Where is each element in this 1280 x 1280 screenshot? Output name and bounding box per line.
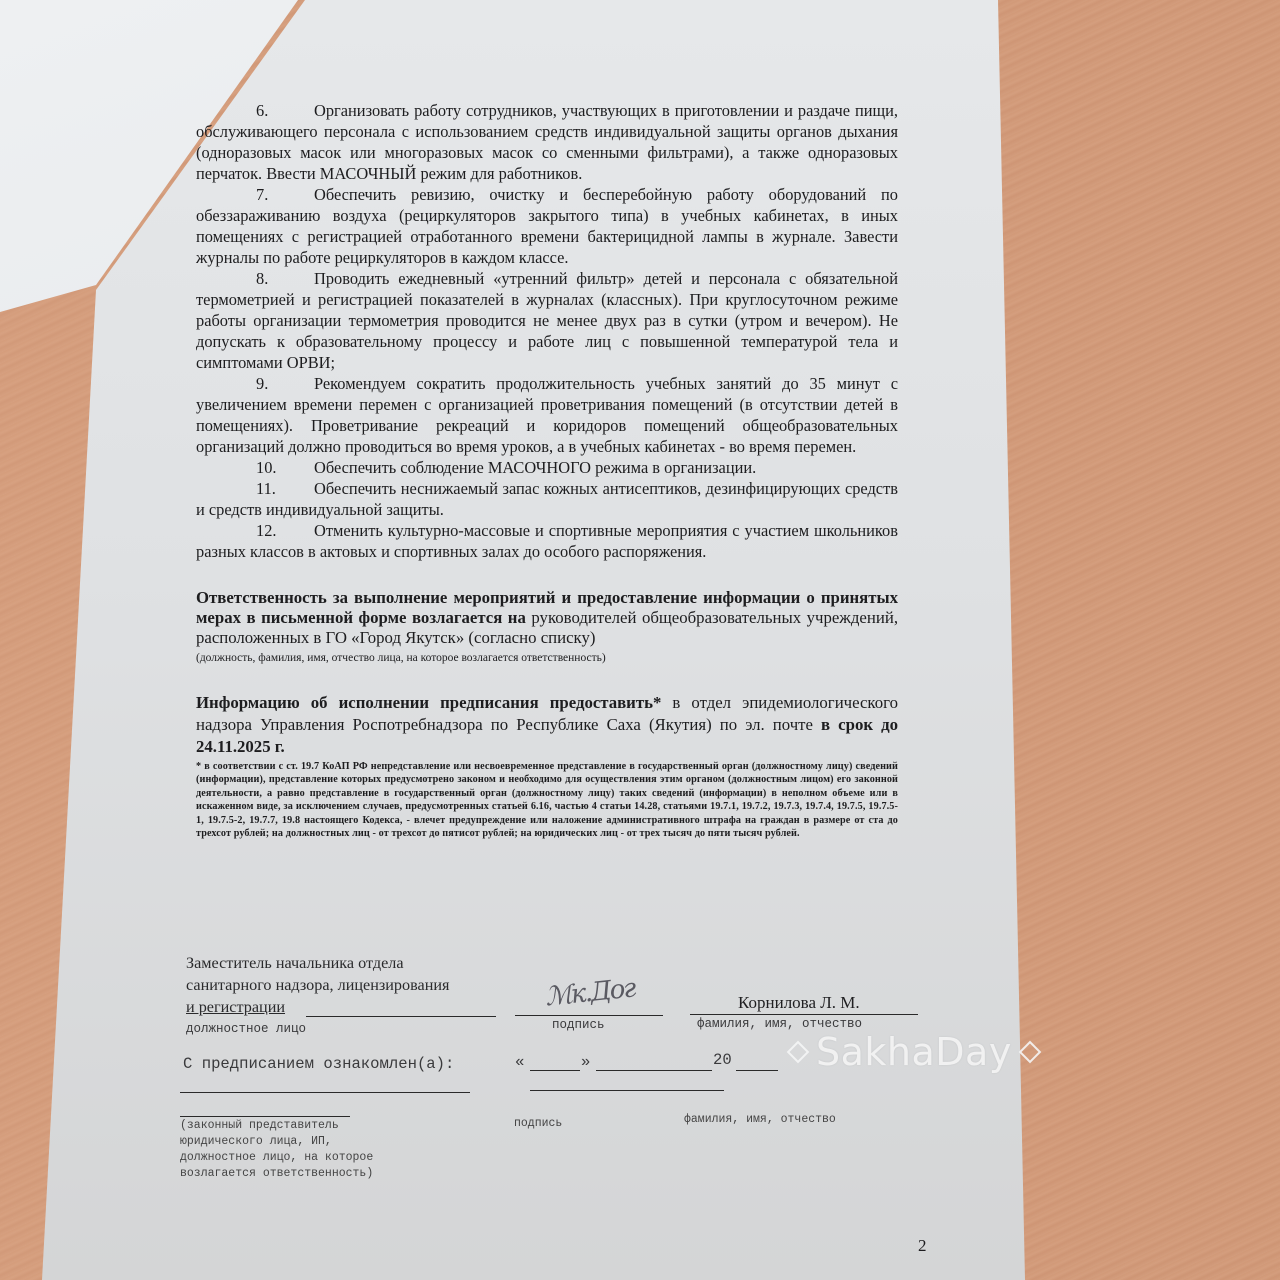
year-prefix: 20	[713, 1051, 732, 1069]
rep-short-line	[180, 1116, 350, 1117]
acknowledgement-label: С предписанием ознакомлен(а):	[183, 1055, 454, 1073]
position-label: должностное лицо	[186, 1022, 306, 1036]
rep-signature-label: подпись	[514, 1117, 562, 1130]
position-underline	[306, 1016, 496, 1017]
measure-item: 11.Обеспечить неснижаемый запас кожных а…	[196, 478, 898, 520]
sakhaday-watermark: SakhaDay	[780, 1030, 1048, 1074]
rep-name-label: фамилия, имя, отчество	[684, 1113, 836, 1126]
page-number: 2	[918, 1236, 927, 1256]
measure-number: 9.	[196, 373, 314, 394]
measures-list: 6.Организовать работу сотрудников, участ…	[196, 100, 898, 562]
date-year-field[interactable]	[736, 1070, 778, 1071]
diamond-logo-icon	[787, 1040, 810, 1063]
watermark-text: SakhaDay	[816, 1030, 1012, 1074]
measure-item: 9.Рекомендуем сократить продолжительност…	[196, 373, 898, 457]
rep-signature-line[interactable]	[530, 1090, 724, 1091]
representative-note-line: юридического лица, ИП,	[180, 1134, 373, 1150]
name-line	[690, 1014, 918, 1015]
responsibility-paragraph: Ответственность за выполнение мероприяти…	[196, 588, 898, 648]
info-paragraph: Информацию об исполнении предписания пре…	[196, 692, 898, 758]
measure-item: 6.Организовать работу сотрудников, участ…	[196, 100, 898, 184]
footnote: * в соответствии с ст. 19.7 КоАП РФ непр…	[196, 760, 898, 840]
document-body: 6.Организовать работу сотрудников, участ…	[196, 100, 898, 840]
date-month-field[interactable]	[596, 1070, 712, 1071]
measure-item: 10.Обеспечить соблюдение МАСОЧНОГО режим…	[196, 457, 898, 478]
measure-item: 12.Отменить культурно-массовые и спортив…	[196, 520, 898, 562]
representative-note: (законный представительюридического лица…	[180, 1118, 373, 1182]
signature-line	[515, 1015, 663, 1016]
rep-position-line[interactable]	[180, 1092, 470, 1093]
info-lead: Информацию об исполнении предписания пре…	[196, 693, 661, 712]
date-day-field[interactable]	[530, 1070, 580, 1071]
representative-note-line: (законный представитель	[180, 1118, 373, 1134]
position-line-1: Заместитель начальника отдела	[186, 952, 516, 974]
date-close-quote: »	[581, 1053, 590, 1071]
diamond-logo-icon	[1019, 1040, 1042, 1063]
measure-text: Обеспечить соблюдение МАСОЧНОГО режима в…	[314, 458, 756, 477]
measure-number: 6.	[196, 100, 314, 121]
representative-note-line: должностное лицо, на которое	[180, 1150, 373, 1166]
measure-number: 12.	[196, 520, 314, 541]
signature-label: подпись	[552, 1018, 605, 1032]
signatory-position: Заместитель начальника отдела санитарног…	[186, 952, 516, 1018]
position-line-3: и регистрации	[186, 996, 516, 1018]
measure-number: 8.	[196, 268, 314, 289]
measure-item: 7.Обеспечить ревизию, очистку и беспереб…	[196, 184, 898, 268]
measure-number: 10.	[196, 457, 314, 478]
date-open-quote: «	[515, 1053, 524, 1071]
measure-item: 8.Проводить ежедневный «утренний фильтр»…	[196, 268, 898, 373]
measure-number: 7.	[196, 184, 314, 205]
name-label: фамилия, имя, отчество	[697, 1017, 862, 1031]
responsibility-note: (должность, фамилия, имя, отчество лица,…	[196, 650, 898, 666]
representative-note-line: возлагается ответственность)	[180, 1166, 373, 1182]
position-line-2: санитарного надзора, лицензирования	[186, 974, 516, 996]
measure-number: 11.	[196, 478, 314, 499]
signatory-name: Корнилова Л. М.	[738, 993, 860, 1013]
